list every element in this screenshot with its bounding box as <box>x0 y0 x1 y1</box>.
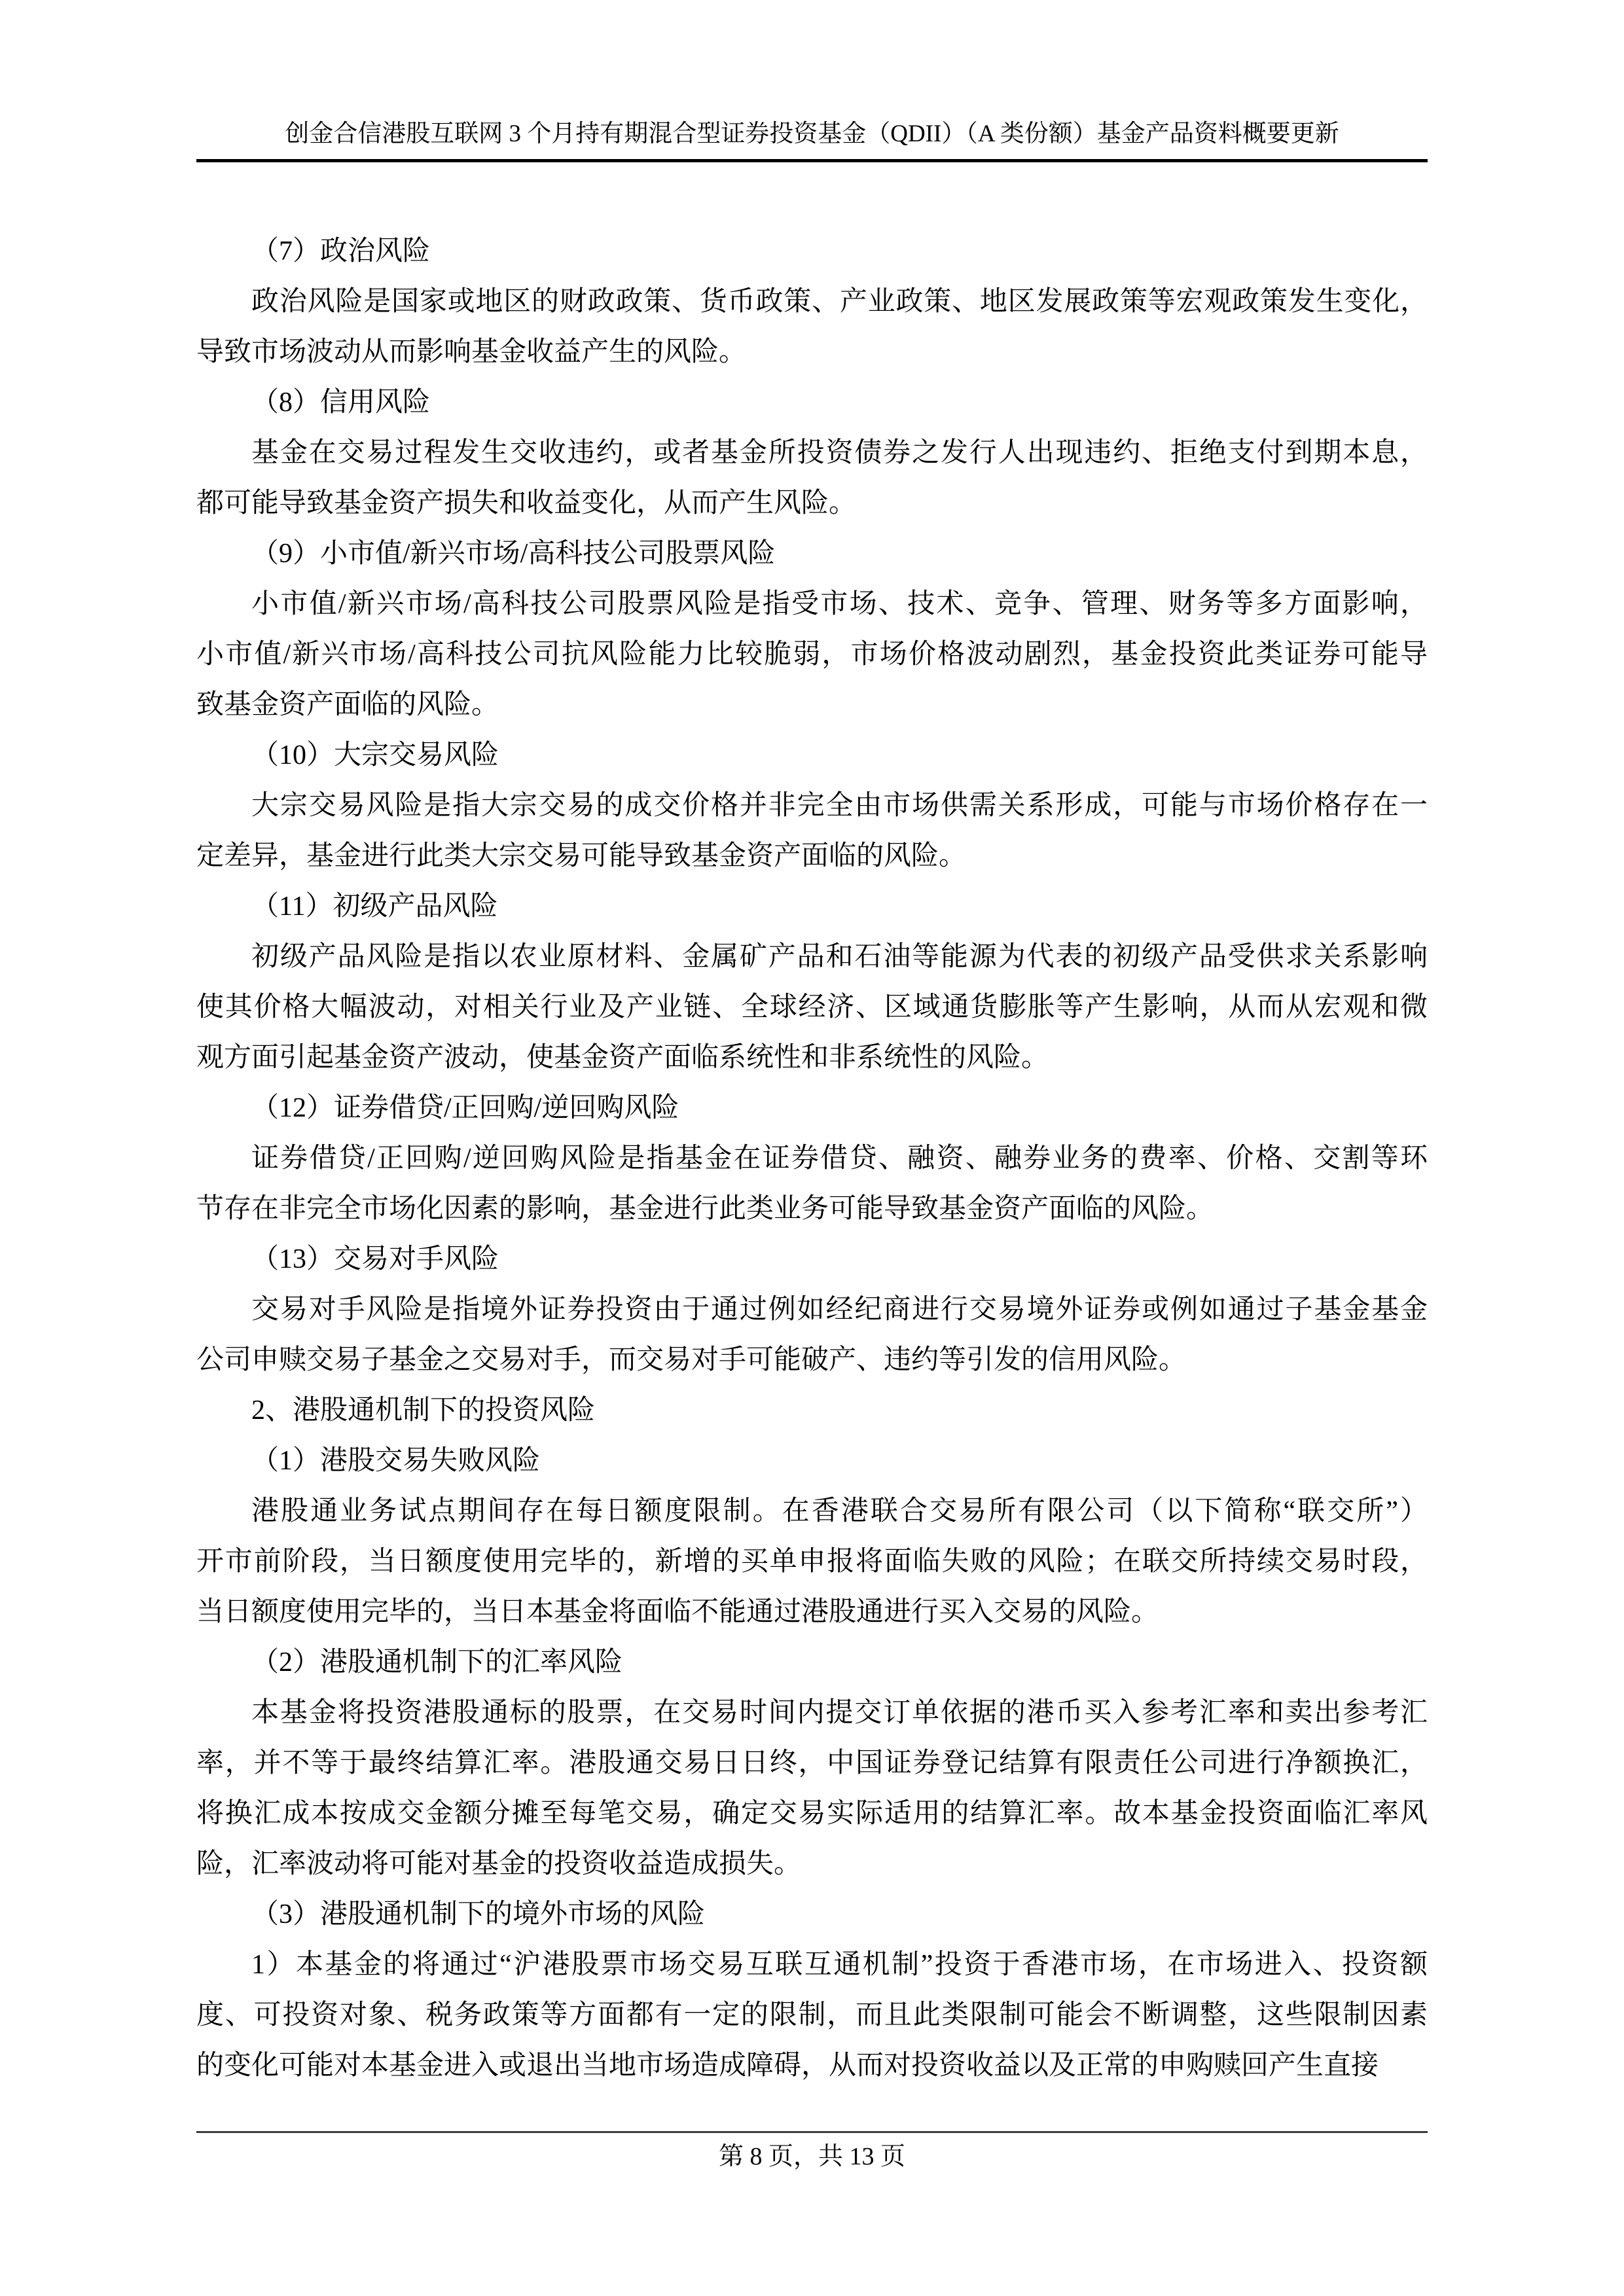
text-line: 都可能导致基金资产损失和收益变化，从而产生风险。 <box>196 478 1428 529</box>
text-line: （8）信用风险 <box>196 378 1428 428</box>
page-number: 第 8 页，共 13 页 <box>0 2142 1624 2172</box>
text-line: （2）港股通机制下的汇率风险 <box>196 1638 1428 1688</box>
text-line: 开市前阶段，当日额度使用完毕的，新增的买单申报将面临失败的风险；在联交所持续交易… <box>196 1537 1428 1587</box>
text-line: 小市值/新兴市场/高科技公司股票风险是指受市场、技术、竞争、管理、财务等多方面影… <box>196 579 1428 630</box>
text-line: （10）大宗交易风险 <box>196 730 1428 781</box>
text-line: （11）初级产品风险 <box>196 882 1428 932</box>
text-line: 公司申赎交易子基金之交易对手，而交易对手可能破产、违约等引发的信用风险。 <box>196 1335 1428 1386</box>
document-header-title: 创金合信港股互联网 3 个月持有期混合型证券投资基金（QDII）（A 类份额）基… <box>196 119 1428 149</box>
text-line: 交易对手风险是指境外证券投资由于通过例如经纪商进行交易境外证券或例如通过子基金基… <box>196 1285 1428 1335</box>
text-line: 本基金将投资港股通标的股票，在交易时间内提交订单依据的港币买入参考汇率和卖出参考… <box>196 1688 1428 1738</box>
text-line: 观方面引起基金资产波动，使基金资产面临系统性和非系统性的风险。 <box>196 1033 1428 1083</box>
document-page: 创金合信港股互联网 3 个月持有期混合型证券投资基金（QDII）（A 类份额）基… <box>0 0 1624 2296</box>
body-text: （7）政治风险政治风险是国家或地区的财政政策、货币政策、产业政策、地区发展政策等… <box>196 226 1428 2091</box>
text-line: （3）港股通机制下的境外市场的风险 <box>196 1890 1428 1940</box>
text-line: （7）政治风险 <box>196 226 1428 277</box>
footer-divider <box>196 2131 1428 2133</box>
text-line: 小市值/新兴市场/高科技公司抗风险能力比较脆弱，市场价格波动剧烈，基金投资此类证… <box>196 630 1428 680</box>
text-line: （1）港股交易失败风险 <box>196 1436 1428 1486</box>
text-line: 节存在非完全市场化因素的影响，基金进行此类业务可能导致基金资产面临的风险。 <box>196 1184 1428 1234</box>
text-line: （13）交易对手风险 <box>196 1234 1428 1285</box>
text-line: 证券借贷/正回购/逆回购风险是指基金在证券借贷、融资、融券业务的费率、价格、交割… <box>196 1134 1428 1184</box>
header-divider <box>196 159 1428 162</box>
text-line: 初级产品风险是指以农业原材料、金属矿产品和石油等能源为代表的初级产品受供求关系影… <box>196 932 1428 982</box>
text-line: （9）小市值/新兴市场/高科技公司股票风险 <box>196 529 1428 579</box>
text-line: 将换汇成本按成交金额分摊至每笔交易，确定交易实际适用的结算汇率。故本基金投资面临… <box>196 1789 1428 1839</box>
text-line: 当日额度使用完毕的，当日本基金将面临不能通过港股通进行买入交易的风险。 <box>196 1587 1428 1638</box>
text-line: 1）本基金的将通过“沪港股票市场交易互联互通机制”投资于香港市场，在市场进入、投… <box>196 1940 1428 1990</box>
text-line: （12）证券借贷/正回购/逆回购风险 <box>196 1083 1428 1134</box>
text-line: 港股通业务试点期间存在每日额度限制。在香港联合交易所有限公司（以下简称“联交所”… <box>196 1486 1428 1537</box>
text-line: 导致市场波动从而影响基金收益产生的风险。 <box>196 327 1428 378</box>
text-line: 险，汇率波动将可能对基金的投资收益造成损失。 <box>196 1839 1428 1890</box>
text-line: 的变化可能对本基金进入或退出当地市场造成障碍，从而对投资收益以及正常的申购赎回产… <box>196 2041 1428 2091</box>
text-line: 2、港股通机制下的投资风险 <box>196 1386 1428 1436</box>
text-line: 定差异，基金进行此类大宗交易可能导致基金资产面临的风险。 <box>196 831 1428 882</box>
text-line: 大宗交易风险是指大宗交易的成交价格并非完全由市场供需关系形成，可能与市场价格存在… <box>196 781 1428 831</box>
text-line: 致基金资产面临的风险。 <box>196 680 1428 730</box>
text-line: 率，并不等于最终结算汇率。港股通交易日日终，中国证券登记结算有限责任公司进行净额… <box>196 1738 1428 1789</box>
text-line: 政治风险是国家或地区的财政政策、货币政策、产业政策、地区发展政策等宏观政策发生变… <box>196 277 1428 327</box>
text-line: 基金在交易过程发生交收违约，或者基金所投资债券之发行人出现违约、拒绝支付到期本息… <box>196 428 1428 478</box>
text-line: 度、可投资对象、税务政策等方面都有一定的限制，而且此类限制可能会不断调整，这些限… <box>196 1990 1428 2041</box>
text-line: 使其价格大幅波动，对相关行业及产业链、全球经济、区域通货膨胀等产生影响，从而从宏… <box>196 982 1428 1033</box>
